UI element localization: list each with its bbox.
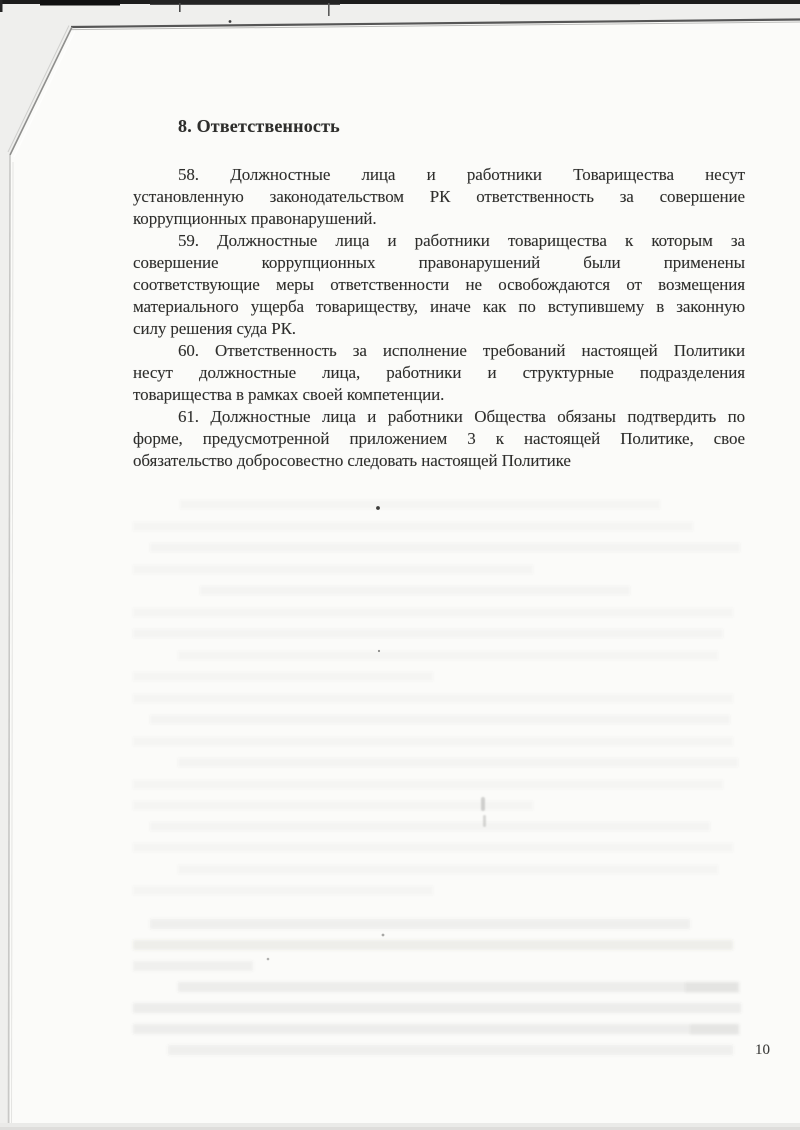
scanned-document-page: { "colors": { "paper": "#fbfbf9", "ink":… (0, 0, 800, 1130)
scanner-edge-strip (0, 0, 800, 16)
text-line: 60. Ответственность за исполнение требов… (133, 340, 745, 362)
bleed-through-text (133, 500, 741, 1055)
paragraph: 61. Должностные лица и работники Обществ… (133, 406, 745, 472)
text-line: установленную законодательством РК ответ… (133, 186, 745, 208)
paragraph: 58. Должностные лица и работники Товарищ… (133, 164, 745, 230)
document-body: 58. Должностные лица и работники Товарищ… (133, 164, 745, 472)
faint-smudge (481, 797, 486, 827)
paragraph: 59. Должностные лица и работники товарищ… (133, 230, 745, 340)
text-line: 58. Должностные лица и работники Товарищ… (133, 164, 745, 186)
page-top-edge (71, 20, 800, 30)
text-line: соответствующие меры ответственности не … (133, 274, 745, 296)
paragraph: 60. Ответственность за исполнение требов… (133, 340, 745, 406)
text-line: форме, предусмотренной приложением 3 к н… (133, 428, 745, 450)
page-corner-fold (8, 26, 75, 158)
page-left-edge (9, 155, 14, 1130)
text-line: коррупционных правонарушений. (133, 208, 745, 230)
text-line: несут должностные лица, работники и стру… (133, 362, 745, 384)
text-line: товарищества в рамках своей компетенции. (133, 384, 745, 406)
text-line: 61. Должностные лица и работники Обществ… (133, 406, 745, 428)
text-line: обязательство добросовестно следовать на… (133, 450, 745, 472)
text-line: 59. Должностные лица и работники товарищ… (133, 230, 745, 252)
page-number: 10 (755, 1042, 770, 1059)
ink-specks (267, 506, 486, 960)
text-line: совершение коррупционных правонарушений … (133, 252, 745, 274)
section-heading: 8. Ответственность (178, 116, 340, 137)
page-bottom-edge (0, 1123, 800, 1130)
text-line: силу решения суда РК. (133, 318, 745, 340)
text-line: материального ущерба товариществу, иначе… (133, 296, 745, 318)
